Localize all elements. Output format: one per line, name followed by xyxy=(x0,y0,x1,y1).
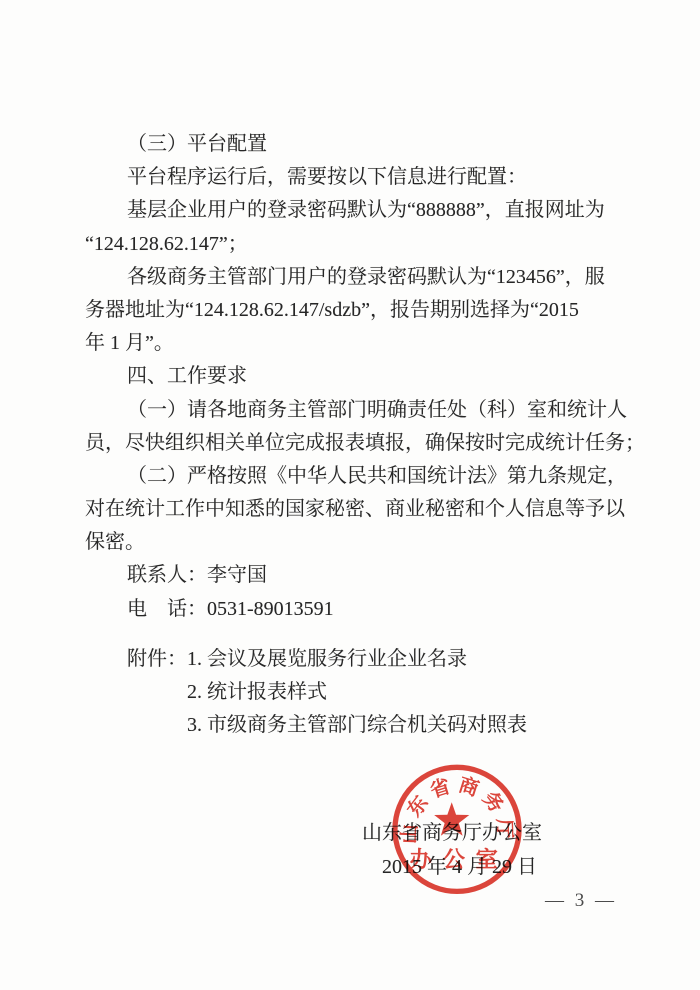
document-body: （三）平台配置 平台程序运行后，需要按以下信息进行配置： 基层企业用户的登录密码… xyxy=(85,128,600,626)
seal-center-text: 办公室 xyxy=(409,846,508,872)
attachments-block: 附件：1. 会议及展览服务行业企业名录 2. 统计报表样式 3. 市级商务主管部… xyxy=(85,643,600,743)
page-number: — 3 — xyxy=(545,890,617,912)
body-line: 保密。 xyxy=(85,526,600,559)
body-line: 各级商务主管部门用户的登录密码默认为“123456”，服 xyxy=(85,261,600,294)
body-line: 对在统计工作中知悉的国家秘密、商业秘密和个人信息等予以 xyxy=(85,493,600,526)
contact-person-line: 联系人：李守国 xyxy=(85,559,600,592)
body-line: 基层企业用户的登录密码默认为“888888”，直报网址为 xyxy=(85,194,600,227)
body-line: 务器地址为“124.128.62.147/sdzb”，报告期别选择为“2015 xyxy=(85,294,600,327)
subsection-heading: （三）平台配置 xyxy=(85,128,600,161)
official-seal: 山东省商务厅 办公室 xyxy=(391,764,523,896)
body-line: 平台程序运行后，需要按以下信息进行配置： xyxy=(85,161,600,194)
contact-person-label: 联系人： xyxy=(127,564,207,586)
document-page: （三）平台配置 平台程序运行后，需要按以下信息进行配置： 基层企业用户的登录密码… xyxy=(0,0,700,990)
attachment-line: 附件：1. 会议及展览服务行业企业名录 xyxy=(85,643,600,676)
body-line: “124.128.62.147”； xyxy=(85,228,600,261)
contact-phone-number: 0531-89013591 xyxy=(207,598,334,620)
body-line: （一）请各地商务主管部门明确责任处（科）室和统计人 xyxy=(85,394,600,427)
section-heading: 四、工作要求 xyxy=(85,360,600,393)
body-line: 年 1 月”。 xyxy=(85,327,600,360)
seal-star-icon xyxy=(434,802,469,835)
contact-person-name: 李守国 xyxy=(207,564,267,586)
attachment-item: 2. 统计报表样式 xyxy=(85,676,600,709)
body-line: 员，尽快组织相关单位完成报表填报，确保按时完成统计任务； xyxy=(85,427,600,460)
attachments-label: 附件： xyxy=(127,648,187,670)
contact-phone-label: 电 话： xyxy=(127,598,207,620)
body-line: （二）严格按照《中华人民共和国统计法》第九条规定， xyxy=(85,460,600,493)
attachment-item: 3. 市级商务主管部门综合机关码对照表 xyxy=(85,709,600,742)
contact-phone-line: 电 话：0531-89013591 xyxy=(85,593,600,626)
attachment-item: 1. 会议及展览服务行业企业名录 xyxy=(187,648,467,670)
